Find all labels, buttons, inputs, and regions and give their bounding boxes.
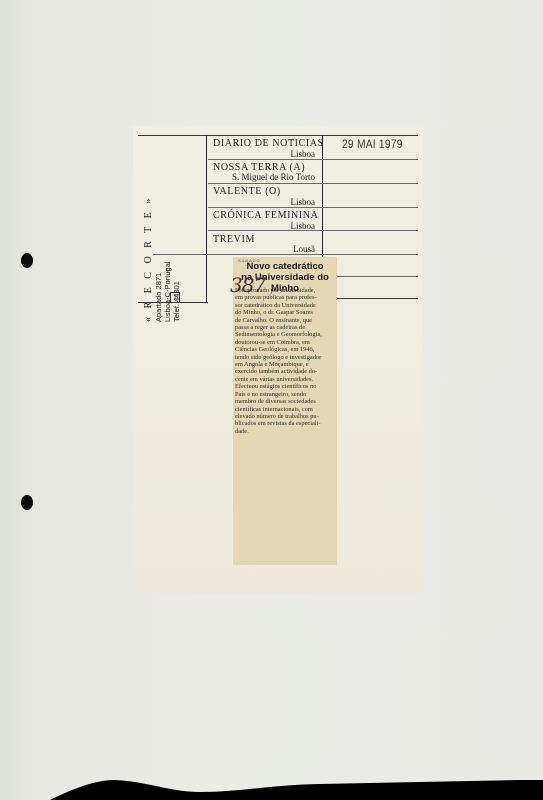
clipping-body-line: Ciências Geológicas, em 1946, xyxy=(235,346,335,353)
row-divider xyxy=(208,207,418,208)
publication-city: Lisboa xyxy=(291,197,316,207)
top-rule xyxy=(138,135,418,136)
clipping-body-line: em Angola e Moçambique, e xyxy=(235,361,335,368)
clipping-body-line: dade. xyxy=(235,428,335,435)
agency-address-2: Lisboa-C-Portugal xyxy=(163,196,172,322)
clipping-body-line: sor catedrático da Universidade xyxy=(235,302,335,309)
clipping-body-line: de Carvalho. O ensinante, que xyxy=(235,317,335,324)
row-divider xyxy=(208,159,418,160)
clipping-body-line: Efectuou estágios científicos no xyxy=(235,383,335,390)
punch-hole-top xyxy=(21,253,33,268)
clipping-body-line: Sedimentologia e Geomorfologia, xyxy=(235,331,335,338)
publication-city: S. Miguel de Rio Torto xyxy=(232,172,315,182)
publication-name: CRÓNICA FEMININA xyxy=(213,210,318,221)
left-column-divider xyxy=(206,135,207,303)
publication-city: Lousã xyxy=(293,244,315,254)
agency-address-1: Apartado 2871 xyxy=(154,196,163,322)
newspaper-clipping: SÁBADO Novo catedrático na Universidade … xyxy=(233,257,337,565)
clipping-sheet: « R E C O R T E » Apartado 2871 Lisboa-C… xyxy=(133,126,423,594)
clipping-body-line: blicados em revistas da especiali- xyxy=(235,420,335,427)
agency-stamp: « R E C O R T E » Apartado 2871 Lisboa-C… xyxy=(143,196,181,322)
clipping-body-line: cente em várias universidades. xyxy=(235,376,335,383)
row-divider xyxy=(323,276,418,277)
headline-line-1: Novo catedrático xyxy=(233,261,337,272)
publication-name: TREVIM xyxy=(213,234,255,245)
punch-hole-bottom xyxy=(21,495,33,510)
clipping-body: Foi aprovado por unanimidade,em provas p… xyxy=(235,287,335,435)
clipping-body-line: elevado número de trabalhos pu- xyxy=(235,413,335,420)
bottom-rule-right xyxy=(337,298,418,299)
row-divider xyxy=(208,230,418,231)
row-divider xyxy=(208,183,418,184)
clipping-body-line: do Minho, o dr. Gaspar Soares xyxy=(235,309,335,316)
clipping-body-line: científicas internacionais, com xyxy=(235,406,335,413)
clipping-body-line: Foi aprovado por unanimidade, xyxy=(235,287,335,294)
agency-phone: Telef. 44301 xyxy=(172,196,181,322)
date-stamp: 29 MAI 1979 xyxy=(342,137,403,151)
bottom-rule xyxy=(138,302,208,303)
row-divider xyxy=(153,254,418,255)
publication-name: VALENTE (O) xyxy=(213,186,281,197)
right-column-divider xyxy=(322,135,323,260)
page-edge-shadow xyxy=(0,740,543,800)
clipping-body-line: doutorou-se em Coimbra, em xyxy=(235,339,335,346)
clipping-body-line: membro de diversas sociedades xyxy=(235,398,335,405)
publication-name: DIARIO DE NOTICIAS xyxy=(213,138,324,149)
clipping-body-line: tendo sido geólogo e investigador xyxy=(235,354,335,361)
publication-city: Lisboa xyxy=(291,149,316,159)
agency-name: « R E C O R T E » xyxy=(143,196,154,322)
clipping-body-line: País e no estrangeiro, sendo xyxy=(235,391,335,398)
clipping-body-line: passa a reger as cadeiras de xyxy=(235,324,335,331)
clipping-body-line: em provas publicas para profes- xyxy=(235,294,335,301)
clipping-body-line: exercido também actividade do- xyxy=(235,368,335,375)
